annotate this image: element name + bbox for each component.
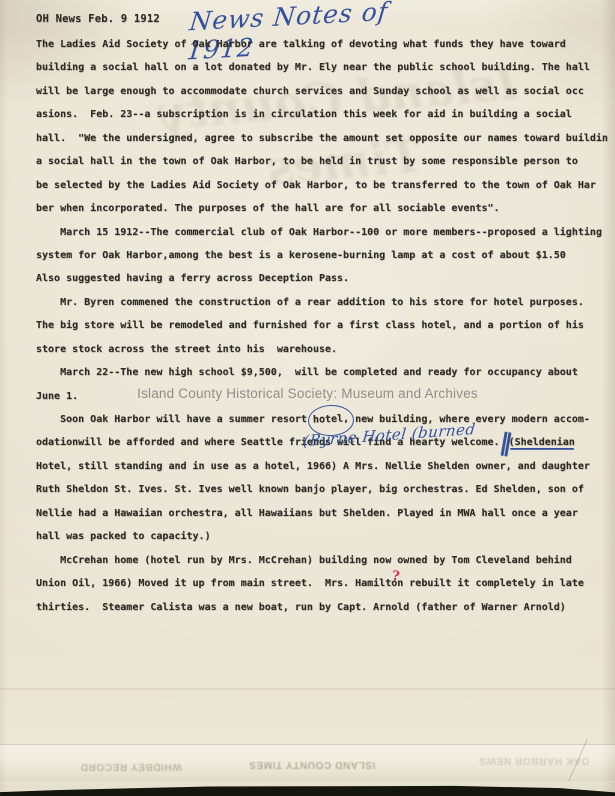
typed-line: Mr. Byren commened the construction of a… [36, 291, 615, 314]
archive-watermark: Island County Historical Society: Museum… [0, 386, 615, 401]
red-question-mark: ? [391, 569, 400, 585]
typed-line: The Ladies Aid Society of Oak Harbor are… [36, 33, 615, 56]
typed-line: will be large enough to accommodate chur… [36, 80, 615, 103]
typed-line: Ruth Sheldon St. Ives. St. Ives well kno… [36, 478, 615, 501]
typed-line: building a social hall on a lot donated … [36, 56, 615, 79]
typed-line: hall was packed to capacity.) [36, 525, 615, 548]
typed-body-text: The Ladies Aid Society of Oak Harbor are… [36, 33, 615, 619]
blue-ink-underline: (Sheldenian [509, 437, 575, 448]
typed-line: Soon Oak Harbor will have a summer resor… [36, 408, 615, 431]
bleedthrough-stamp-whidbey-record: WHIDBEY RECORD [70, 761, 192, 772]
typed-line: Nellie had a Hawaiian orchestra, all Haw… [36, 502, 615, 525]
paper-crease-line [0, 688, 615, 690]
bleedthrough-stamp-island-county-times: ISLAND COUNTY TIMES [238, 759, 386, 770]
typed-line: thirties. Steamer Calista was a new boat… [36, 596, 615, 619]
typed-date-header: OH News Feb. 9 1912 [36, 13, 160, 25]
typed-line: store stock across the street into his w… [36, 338, 615, 361]
paper-tear-bottom-right [568, 739, 615, 795]
scan-bottom-edge [0, 782, 615, 796]
typed-line: be selected by the Ladies Aid Society of… [36, 174, 615, 197]
typed-line: March 15 1912--The commercial club of Oa… [36, 221, 615, 244]
typed-line: system for Oak Harbor,among the best is … [36, 244, 615, 267]
typed-line: McCrehan home (hotel run by Mrs. McCreha… [36, 549, 615, 572]
blue-emphasis-slashes: ‖ [500, 442, 509, 444]
typed-line: ber when incorporated. The purposes of t… [36, 197, 615, 220]
typed-line: hall. "We the undersigned, agree to subs… [36, 127, 615, 150]
typed-line: Hotel, still standing and in use as a ho… [36, 455, 615, 478]
typed-line: March 22--The new high school $9,500, wi… [36, 361, 615, 384]
scanned-document-page: Island County Times OH News Feb. 9 1912 … [0, 0, 615, 796]
typed-line: Also suggested having a ferry across Dec… [36, 267, 615, 290]
bleedthrough-stamp-oak-harbor-news: OAK HARBOR NEWS [468, 755, 600, 766]
typed-line: a social hall in the town of Oak Harbor,… [36, 150, 615, 173]
typed-line: The big store will be remodeled and furn… [36, 314, 615, 337]
typed-line: asions. Feb. 23--a subscription is in ci… [36, 103, 615, 126]
typed-line: Union Oil, 1966) Moved it up from main s… [36, 572, 615, 595]
